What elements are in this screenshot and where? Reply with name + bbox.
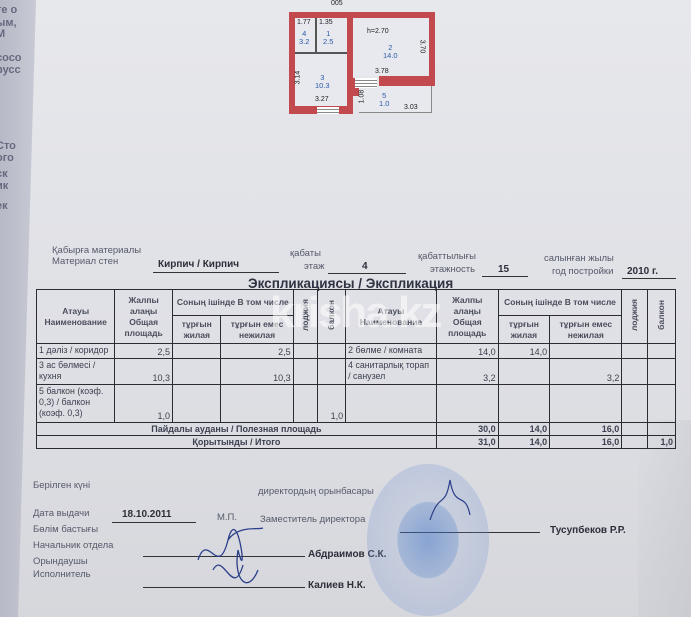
deputy-label-kz: директордың орынбасары (258, 486, 374, 497)
underlying-text: Сто (0, 140, 16, 152)
underlying-text: сосо (0, 52, 22, 64)
col-header-including: Соның ішінде В том числе (173, 290, 294, 316)
executor-label-kz: Орындаушы (33, 556, 88, 567)
col-header-including-2: Соның ішінде В том числе (498, 290, 622, 316)
col-header-name: Атауы Наименование (37, 290, 115, 344)
col-header-living: тұрғын жилая (173, 316, 221, 344)
floor-label-kz: қабаты (290, 248, 321, 259)
col-header-total-2: Жалпы алаңы Общая площадь (436, 290, 498, 344)
col-header-nonliving: тұрғын емес нежилая (221, 316, 293, 344)
wall-material-value: Кирпич / Кирпич (158, 259, 239, 270)
floors-label-kz: қабаттылығы (418, 251, 476, 262)
underlying-text: ого (0, 152, 14, 164)
deputy-label-ru: Заместитель директора (260, 514, 365, 525)
head-label-ru: Начальник отдела (33, 540, 113, 551)
underlying-text: те о (0, 4, 17, 16)
issue-date-label-ru: Дата выдачи (33, 508, 89, 519)
useful-area-row: Пайдалы ауданы / Полезная площадь 30,0 1… (37, 423, 676, 436)
col-header-loggia: лоджия (293, 290, 318, 344)
year-label-ru: год постройки (552, 266, 613, 277)
issue-date-value: 18.10.2011 (122, 509, 172, 520)
col-header-balcony: балкон (318, 290, 346, 344)
floor-plan: 005 1.77 1.35 h=2.70 3.70 3.14 3.27 3.78… (287, 8, 437, 116)
plan-top-label: 005 (331, 0, 343, 7)
head-label-kz: Бөлім бастығы (33, 524, 98, 535)
wall-material-label-kz: Қабырға материалы (52, 245, 141, 256)
stamp-place: М.П. (217, 512, 237, 523)
deputy-name: Тусупбеков Р.Р. (550, 525, 626, 536)
col-header-name-2: Атауы Наименование (346, 290, 437, 344)
col-header-loggia-2: лоджия (622, 290, 648, 344)
floor-label-ru: этаж (304, 261, 325, 272)
col-header-total: Жалпы алаңы Общая площадь (115, 290, 173, 344)
floors-value: 15 (498, 264, 509, 275)
col-header-balcony-2: балкон (648, 290, 676, 344)
year-value: 2010 г. (627, 266, 658, 277)
wall-material-label-ru: Материал стен (52, 256, 118, 267)
underlying-text: ск (0, 168, 8, 180)
executor-name: Калиев Н.К. (308, 580, 366, 591)
table-row: 3 ас бөлмесі / кухня 10,3 10,3 4 санитар… (37, 359, 676, 385)
issue-date-label-kz: Берілген күні (33, 480, 90, 491)
executor-label-ru: Исполнитель (33, 569, 91, 580)
year-label-kz: салынған жылы (544, 253, 614, 264)
floor-value: 4 (362, 261, 368, 272)
underlying-text: русс (0, 64, 21, 76)
head-name: Абдраимов С.К. (308, 549, 386, 560)
underlying-text: ик (0, 180, 8, 192)
underlying-text: М (0, 28, 5, 40)
explication-table: Атауы Наименование Жалпы алаңы Общая пло… (36, 289, 676, 449)
table-row: 1 дәліз / коридор 2,5 2,5 2 бөлме / комн… (37, 344, 676, 359)
grand-total-row: Қорытынды / Итого 31,0 14,0 16,0 1,0 (37, 436, 676, 449)
table-row: 5 балкон (коэф. 0,3) / балкон (коэф. 0,3… (37, 385, 676, 423)
col-header-living-2: тұрғын жилая (498, 316, 550, 344)
col-header-nonliving-2: тұрғын емес нежилая (550, 316, 622, 344)
underlying-text: ек (0, 200, 8, 212)
floors-label-ru: этажность (430, 264, 475, 275)
